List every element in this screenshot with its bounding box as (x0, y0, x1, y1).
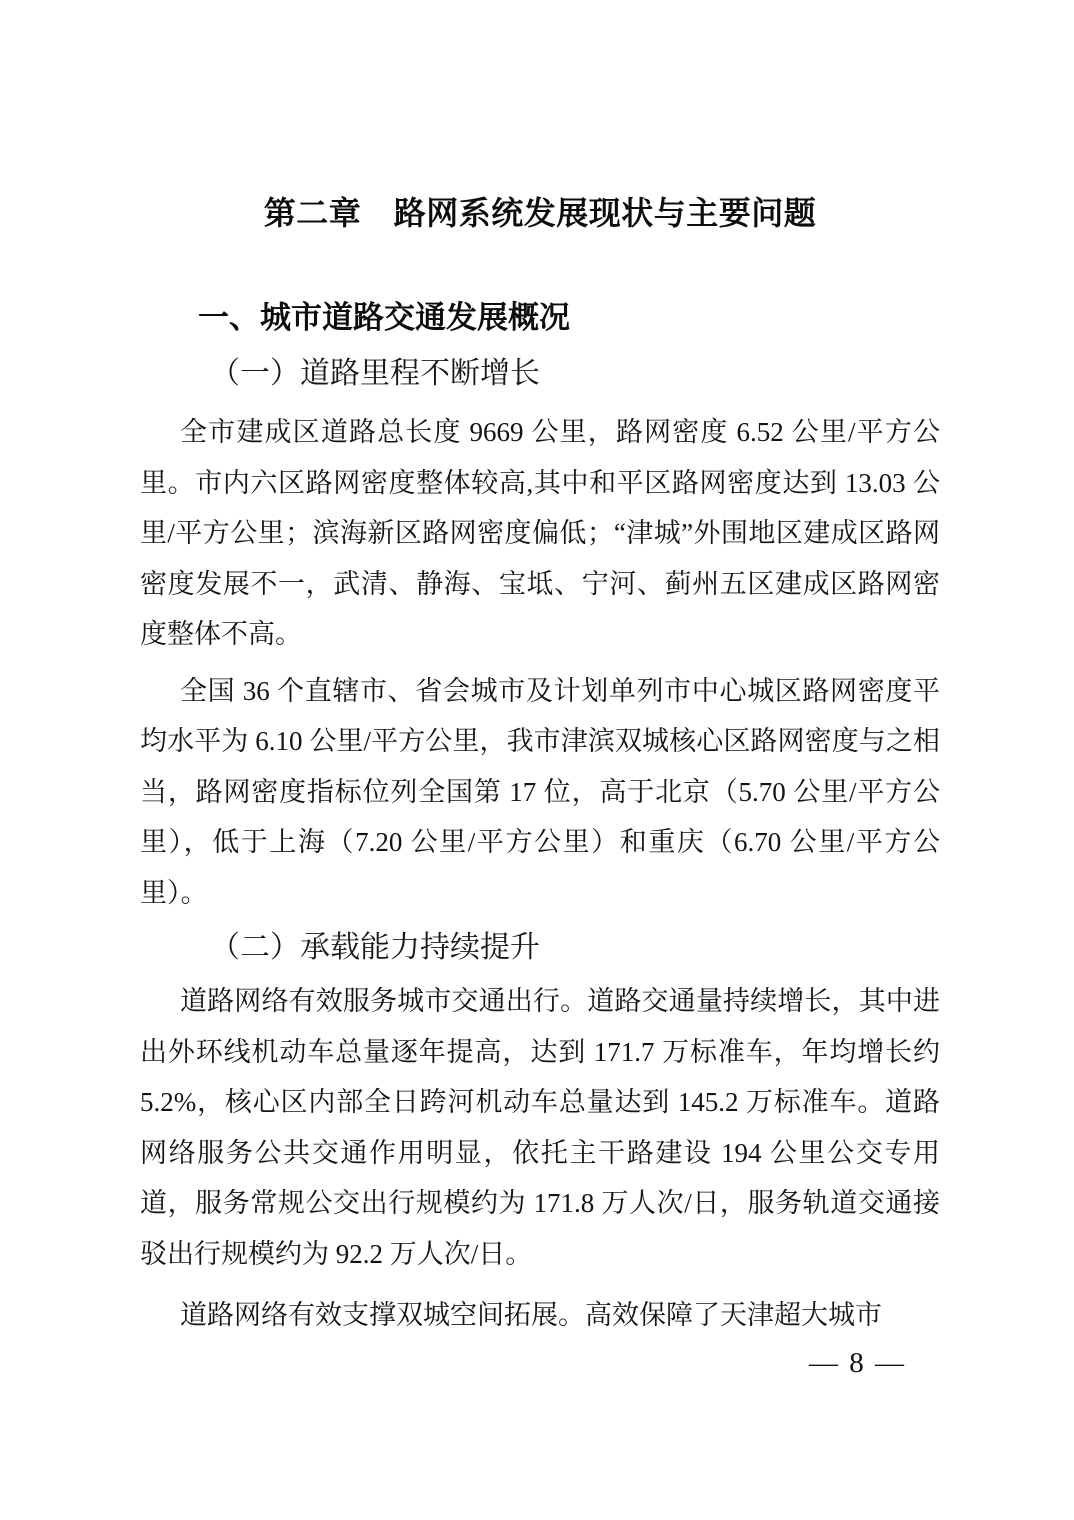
chapter-title: 第二章 路网系统发展现状与主要问题 (140, 190, 940, 236)
subsection-heading-2: （二）承载能力持续提升 (140, 923, 940, 973)
section-heading: 一、城市道路交通发展概况 (140, 293, 940, 343)
paragraph-national-comparison: 全国 36 个直辖市、省会城市及计划单列市中心城区路网密度平均水平为 6.10 … (140, 666, 940, 919)
paragraph-dual-city-support: 道路网络有效支撑双城空间拓展。高效保障了天津超大城市 (140, 1290, 940, 1341)
page-number: — 8 — (809, 1346, 906, 1380)
paragraph-road-length: 全市建成区道路总长度 9669 公里，路网密度 6.52 公里/平方公里。市内六… (140, 407, 940, 660)
paragraph-traffic-capacity: 道路网络有效服务城市交通出行。道路交通量持续增长，其中进出外环线机动车总量逐年提… (140, 976, 940, 1279)
subsection-heading-1: （一）道路里程不断增长 (140, 349, 940, 399)
document-page: 第二章 路网系统发展现状与主要问题 一、城市道路交通发展概况 （一）道路里程不断… (0, 0, 1074, 1520)
